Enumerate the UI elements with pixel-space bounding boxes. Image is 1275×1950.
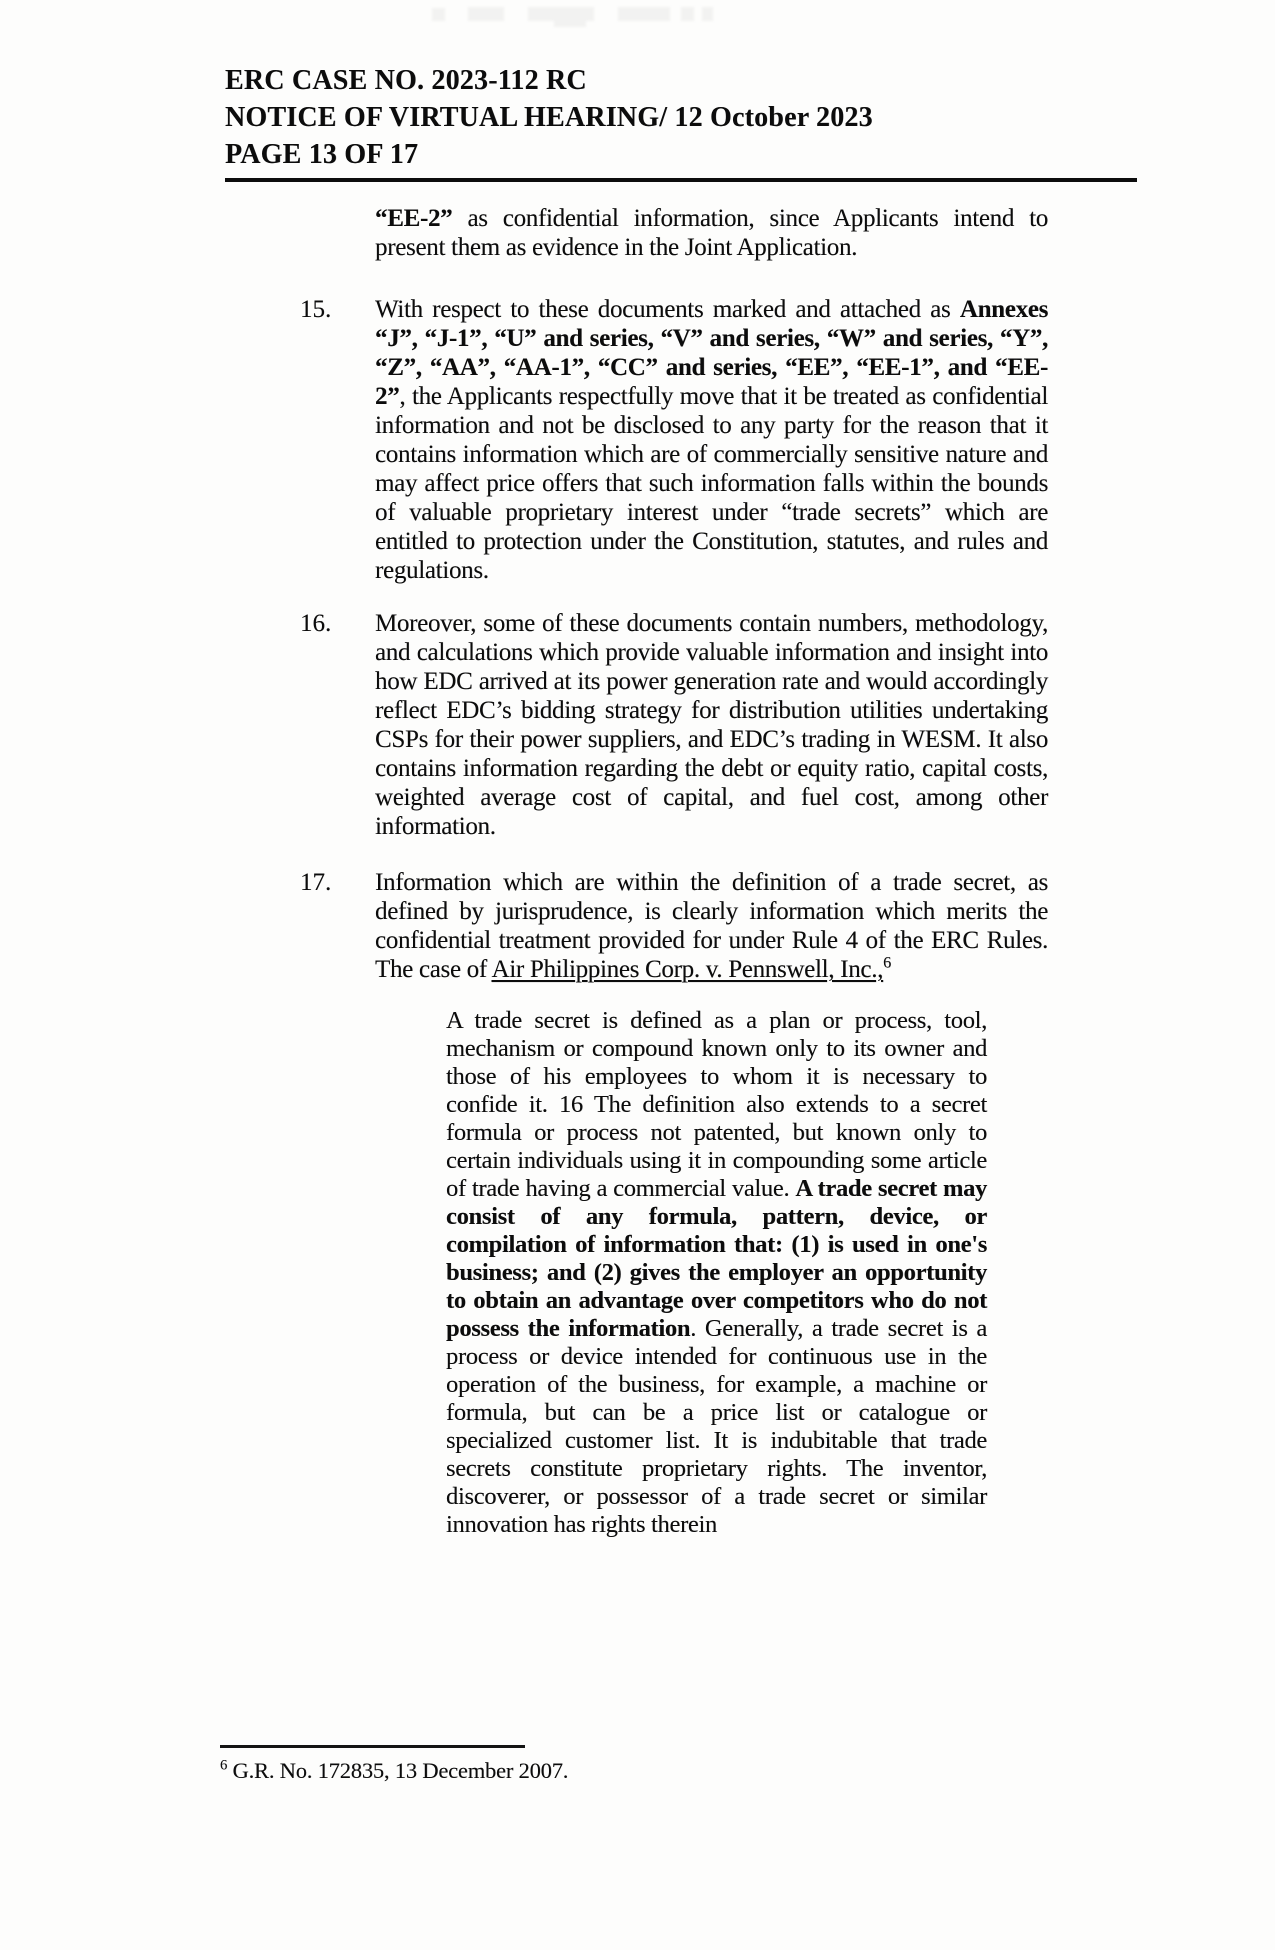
scan-artifact	[432, 6, 732, 28]
quote-tail: . Generally, a trade secret is a process…	[446, 1315, 987, 1538]
paragraph-text: Moreover, some of these documents contai…	[375, 609, 1048, 841]
document-header: ERC CASE NO. 2023-112 RC NOTICE OF VIRTU…	[225, 62, 1137, 182]
footnote-text: 6 G.R. No. 172835, 13 December 2007.	[220, 1757, 920, 1784]
paragraph-number: 15.	[300, 295, 331, 324]
case-citation: Air Philippines Corp. v. Pennswell, Inc.…	[491, 956, 883, 983]
footnote: 6 G.R. No. 172835, 13 December 2007.	[220, 1745, 920, 1784]
paragraph-number: 17.	[300, 868, 331, 897]
paragraph-text: With respect to these documents marked a…	[375, 295, 1048, 585]
header-case-number: ERC CASE NO. 2023-112 RC	[225, 62, 1137, 99]
paragraph-15-lead: With respect to these documents marked a…	[375, 296, 960, 323]
header-notice-line: NOTICE OF VIRTUAL HEARING/ 12 October 20…	[225, 99, 1137, 136]
page: ERC CASE NO. 2023-112 RC NOTICE OF VIRTU…	[0, 0, 1275, 1950]
paragraph-item-15: 15. With respect to these documents mark…	[300, 295, 1048, 585]
quote-lead: A trade secret is defined as a plan or p…	[446, 1007, 987, 1202]
footnote-separator	[220, 1745, 525, 1748]
header-page-number: PAGE 13 OF 17	[225, 136, 1137, 173]
footnote-reference: 6	[883, 954, 891, 972]
paragraph-text: Information which are within the definit…	[375, 868, 1048, 984]
intro-paragraph: “EE-2” as confidential information, sinc…	[375, 204, 1048, 262]
paragraph-16-body: Moreover, some of these documents contai…	[375, 610, 1048, 840]
paragraph-item-16: 16. Moreover, some of these documents co…	[300, 609, 1048, 841]
intro-text: as confidential information, since Appli…	[375, 205, 1048, 261]
paragraph-number: 16.	[300, 609, 331, 638]
block-quote: A trade secret is defined as a plan or p…	[446, 1007, 987, 1539]
paragraph-item-17: 17. Information which are within the def…	[300, 868, 1048, 984]
paragraph-15-body: , the Applicants respectfully move that …	[375, 383, 1048, 584]
exhibit-label: “EE-2”	[375, 205, 452, 232]
footnote-citation: G.R. No. 172835, 13 December 2007.	[227, 1758, 568, 1783]
